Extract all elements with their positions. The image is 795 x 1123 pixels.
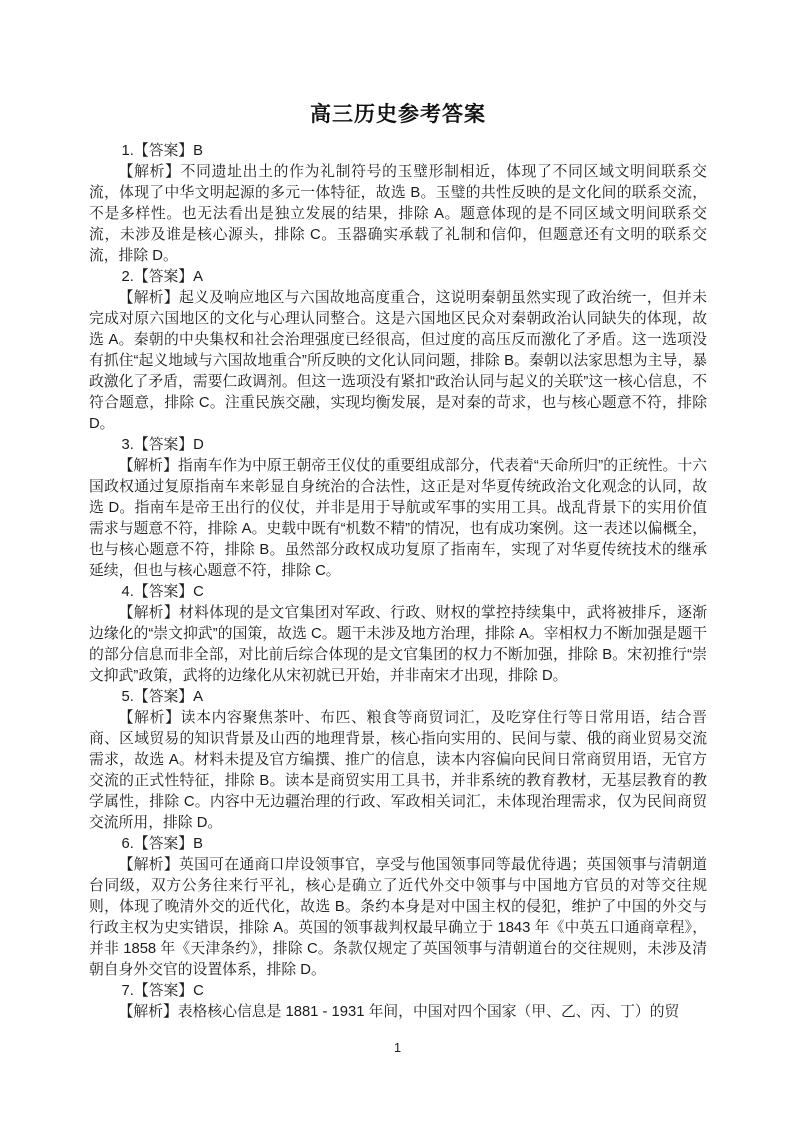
analysis-paragraph: 【解析】读本内容聚焦茶叶、布匹、粮食等商贸词汇，及吃穿住行等日常用语，结合晋商、… (89, 708, 707, 834)
answer-item-1: 1.【答案】B 【解析】不同遗址出土的作为礼制符号的玉璧形制相近，体现了不同区域… (89, 141, 707, 267)
analysis-paragraph: 【解析】起义及响应地区与六国故地高度重合，这说明秦朝虽然实现了政治统一，但并未完… (89, 288, 707, 435)
analysis-label: 【解析】 (119, 1004, 178, 1020)
document-page: 高三历史参考答案 1.【答案】B 【解析】不同遗址出土的作为礼制符号的玉璧形制相… (0, 0, 795, 1123)
answer-letter: D (193, 437, 204, 453)
answer-item-5: 5.【答案】A 【解析】读本内容聚焦茶叶、布匹、粮食等商贸词汇，及吃穿住行等日常… (89, 687, 707, 834)
question-number: 3. (122, 437, 134, 453)
answer-letter: A (193, 689, 203, 705)
answer-item-2: 2.【答案】A 【解析】起义及响应地区与六国故地高度重合，这说明秦朝虽然实现了政… (89, 267, 707, 435)
analysis-text: 英国可在通商口岸设领事官，享受与他国领事同等最优待遇；英国领事与清朝道台同级，双… (89, 857, 707, 978)
answer-line: 5.【答案】A (89, 687, 707, 708)
answer-letter: B (193, 836, 203, 852)
answer-letter: C (193, 584, 204, 600)
answer-line: 2.【答案】A (89, 267, 707, 288)
answer-letter: C (193, 983, 204, 999)
answer-item-3: 3.【答案】D 【解析】指南车作为中原王朝帝王仪仗的重要组成部分，代表着“天命所… (89, 435, 707, 582)
analysis-text: 表格核心信息是 1881 - 1931 年间，中国对四个国家（甲、乙、丙、丁）的… (178, 1004, 680, 1020)
answer-label: 【答案】 (134, 836, 193, 852)
question-number: 4. (122, 584, 134, 600)
analysis-paragraph: 【解析】材料体现的是文官集团对军政、行政、财权的掌控持续集中，武将被排斥，逐渐边… (89, 603, 707, 687)
analysis-paragraph: 【解析】表格核心信息是 1881 - 1931 年间，中国对四个国家（甲、乙、丙… (89, 1002, 707, 1023)
answer-line: 1.【答案】B (89, 141, 707, 162)
analysis-label: 【解析】 (119, 458, 178, 474)
page-number: 1 (0, 1040, 795, 1056)
analysis-text: 起义及响应地区与六国故地高度重合，这说明秦朝虽然实现了政治统一，但并未完成对原六… (89, 290, 707, 432)
answer-label: 【答案】 (134, 269, 193, 285)
answer-item-6: 6.【答案】B 【解析】英国可在通商口岸设领事官，享受与他国领事同等最优待遇；英… (89, 834, 707, 981)
answer-letter: A (193, 269, 203, 285)
analysis-label: 【解析】 (119, 857, 179, 873)
answer-label: 【答案】 (134, 983, 193, 999)
answer-item-7: 7.【答案】C 【解析】表格核心信息是 1881 - 1931 年间，中国对四个… (89, 981, 707, 1023)
analysis-paragraph: 【解析】不同遗址出土的作为礼制符号的玉璧形制相近，体现了不同区域文明间联系交流，… (89, 162, 707, 267)
analysis-text: 不同遗址出土的作为礼制符号的玉璧形制相近，体现了不同区域文明间联系交流，体现了中… (89, 164, 707, 264)
answer-letter: B (193, 143, 203, 159)
analysis-text: 材料体现的是文官集团对军政、行政、财权的掌控持续集中，武将被排斥，逐渐边缘化的“… (89, 605, 707, 684)
analysis-paragraph: 【解析】指南车作为中原王朝帝王仪仗的重要组成部分，代表着“天命所归”的正统性。十… (89, 456, 707, 582)
analysis-paragraph: 【解析】英国可在通商口岸设领事官，享受与他国领事同等最优待遇；英国领事与清朝道台… (89, 855, 707, 981)
page-title: 高三历史参考答案 (89, 100, 707, 130)
analysis-text: 指南车作为中原王朝帝王仪仗的重要组成部分，代表着“天命所归”的正统性。十六国政权… (89, 458, 707, 579)
document-content: 高三历史参考答案 1.【答案】B 【解析】不同遗址出土的作为礼制符号的玉璧形制相… (89, 100, 707, 1023)
analysis-text: 读本内容聚焦茶叶、布匹、粮食等商贸词汇，及吃穿住行等日常用语，结合晋商、区域贸易… (89, 710, 707, 831)
question-number: 1. (122, 143, 134, 159)
answer-line: 6.【答案】B (89, 834, 707, 855)
question-number: 6. (122, 836, 134, 852)
analysis-label: 【解析】 (119, 290, 179, 306)
question-number: 5. (122, 689, 134, 705)
analysis-label: 【解析】 (119, 164, 181, 180)
question-number: 7. (122, 983, 134, 999)
answer-line: 7.【答案】C (89, 981, 707, 1002)
answer-label: 【答案】 (134, 584, 193, 600)
answer-line: 3.【答案】D (89, 435, 707, 456)
analysis-label: 【解析】 (119, 710, 181, 726)
question-number: 2. (122, 269, 134, 285)
answer-label: 【答案】 (134, 143, 193, 159)
answer-item-4: 4.【答案】C 【解析】材料体现的是文官集团对军政、行政、财权的掌控持续集中，武… (89, 582, 707, 687)
analysis-label: 【解析】 (119, 605, 179, 621)
answer-line: 4.【答案】C (89, 582, 707, 603)
answer-label: 【答案】 (134, 689, 193, 705)
answer-label: 【答案】 (134, 437, 193, 453)
